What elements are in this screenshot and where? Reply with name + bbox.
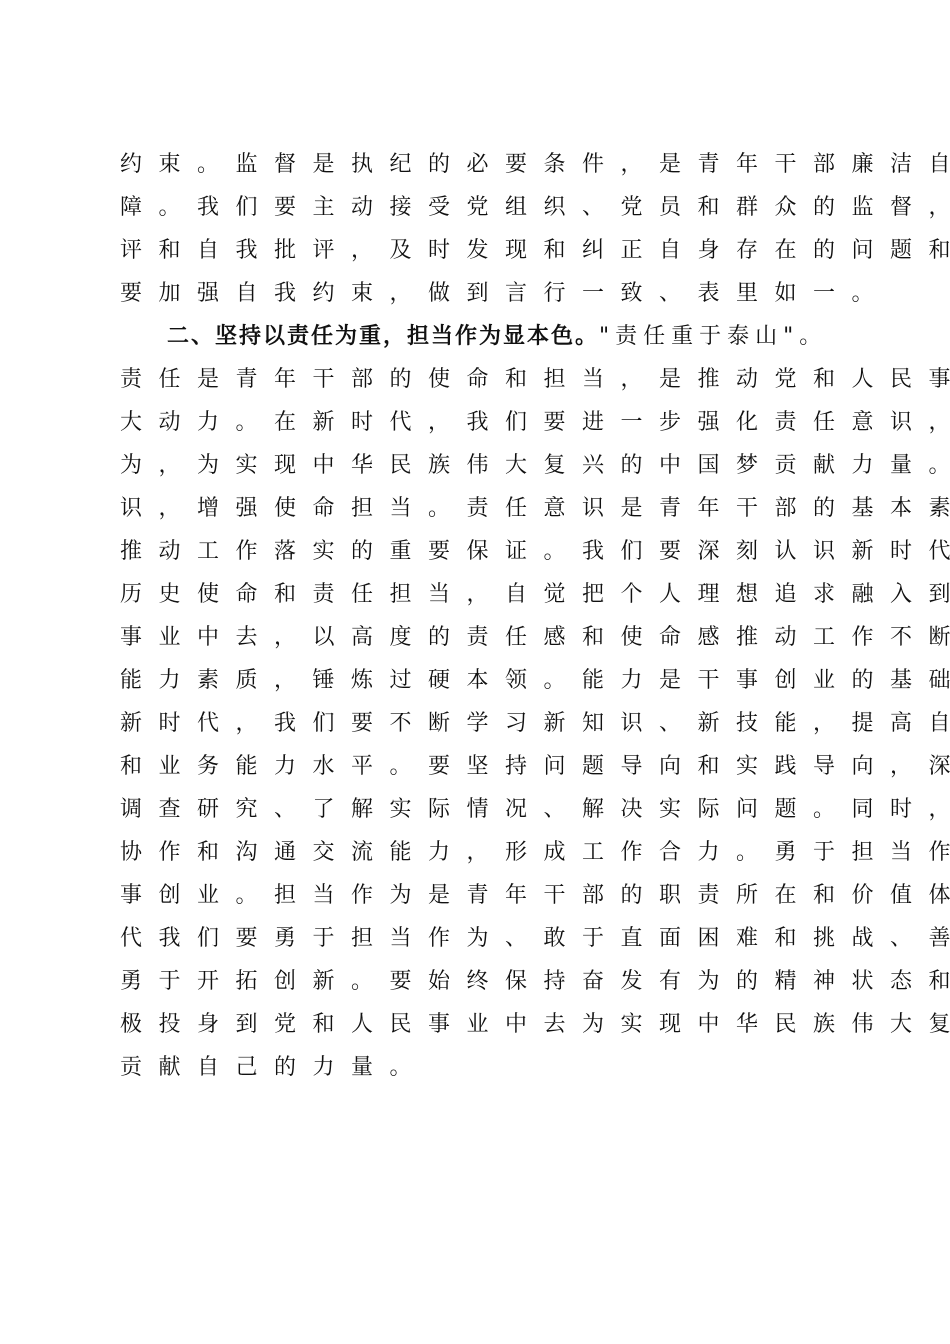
text-line: 代我们要勇于担当作为、敢于直面困难和挑战、善于攻坚克难、 xyxy=(120,917,840,960)
section-heading-line: 二、坚持以责任为重，担当作为显本色。"责任重于泰山"。 xyxy=(120,315,840,358)
text-line: 勇于开拓创新。要始终保持奋发有为的精神状态和工作热情积 xyxy=(120,960,840,1003)
text-line: 调查研究、了解实际情况、解决实际问题。同时，要加强团队 xyxy=(120,788,840,831)
text-line: 历史使命和责任担当，自觉把个人理想追求融入到党和人民的 xyxy=(120,573,840,616)
text-line: 和业务能力水平。要坚持问题导向和实践导向，深入基层一线 xyxy=(120,745,840,788)
text-line: 推动工作落实的重要保证。我们要深刻认识新时代赋予我们的 xyxy=(120,530,840,573)
section-heading: 二、坚持以责任为重，担当作为显本色。 xyxy=(167,324,599,349)
text-line: 新时代，我们要不断学习新知识、新技能，提高自身综合素质 xyxy=(120,702,840,745)
document-page: 约束。监督是执纪的必要条件，是青年干部廉洁自律的重要保 障。我们要主动接受党组织… xyxy=(120,143,840,1089)
text-line: 能力素质，锤炼过硬本领。能力是干事创业的基础和前提。在 xyxy=(120,659,840,702)
section-quote: "责任重于泰山"。 xyxy=(599,324,827,349)
text-line: 责任是青年干部的使命和担当，是推动党和人民事业发展的强 xyxy=(120,358,840,401)
text-line: 为，为实现中华民族伟大复兴的中国梦贡献力量。强化责任意 xyxy=(120,444,840,487)
text-line: 协作和沟通交流能力，形成工作合力。勇于担当作为，积极干 xyxy=(120,831,840,874)
text-line: 评和自我批评，及时发现和纠正自身存在的问题和不足。同时， xyxy=(120,229,840,272)
text-line: 事业中去，以高度的责任感和使命感推动工作不断前进。提升 xyxy=(120,616,840,659)
text-line: 事创业。担当作为是青年干部的职责所在和价值体现。在新时 xyxy=(120,874,840,917)
text-line: 贡献自己的力量。 xyxy=(120,1046,840,1089)
text-line: 约束。监督是执纪的必要条件，是青年干部廉洁自律的重要保 xyxy=(120,143,840,186)
text-line: 要加强自我约束，做到言行一致、表里如一。 xyxy=(120,272,840,315)
text-line: 极投身到党和人民事业中去为实现中华民族伟大复兴的中国梦 xyxy=(120,1003,840,1046)
text-line: 障。我们要主动接受党组织、党员和群众的监督，勇于开展批 xyxy=(120,186,840,229)
text-line: 识，增强使命担当。责任意识是青年干部的基本素质之一，是 xyxy=(120,487,840,530)
text-line: 大动力。在新时代，我们要进一步强化责任意识，勇于担当作 xyxy=(120,401,840,444)
